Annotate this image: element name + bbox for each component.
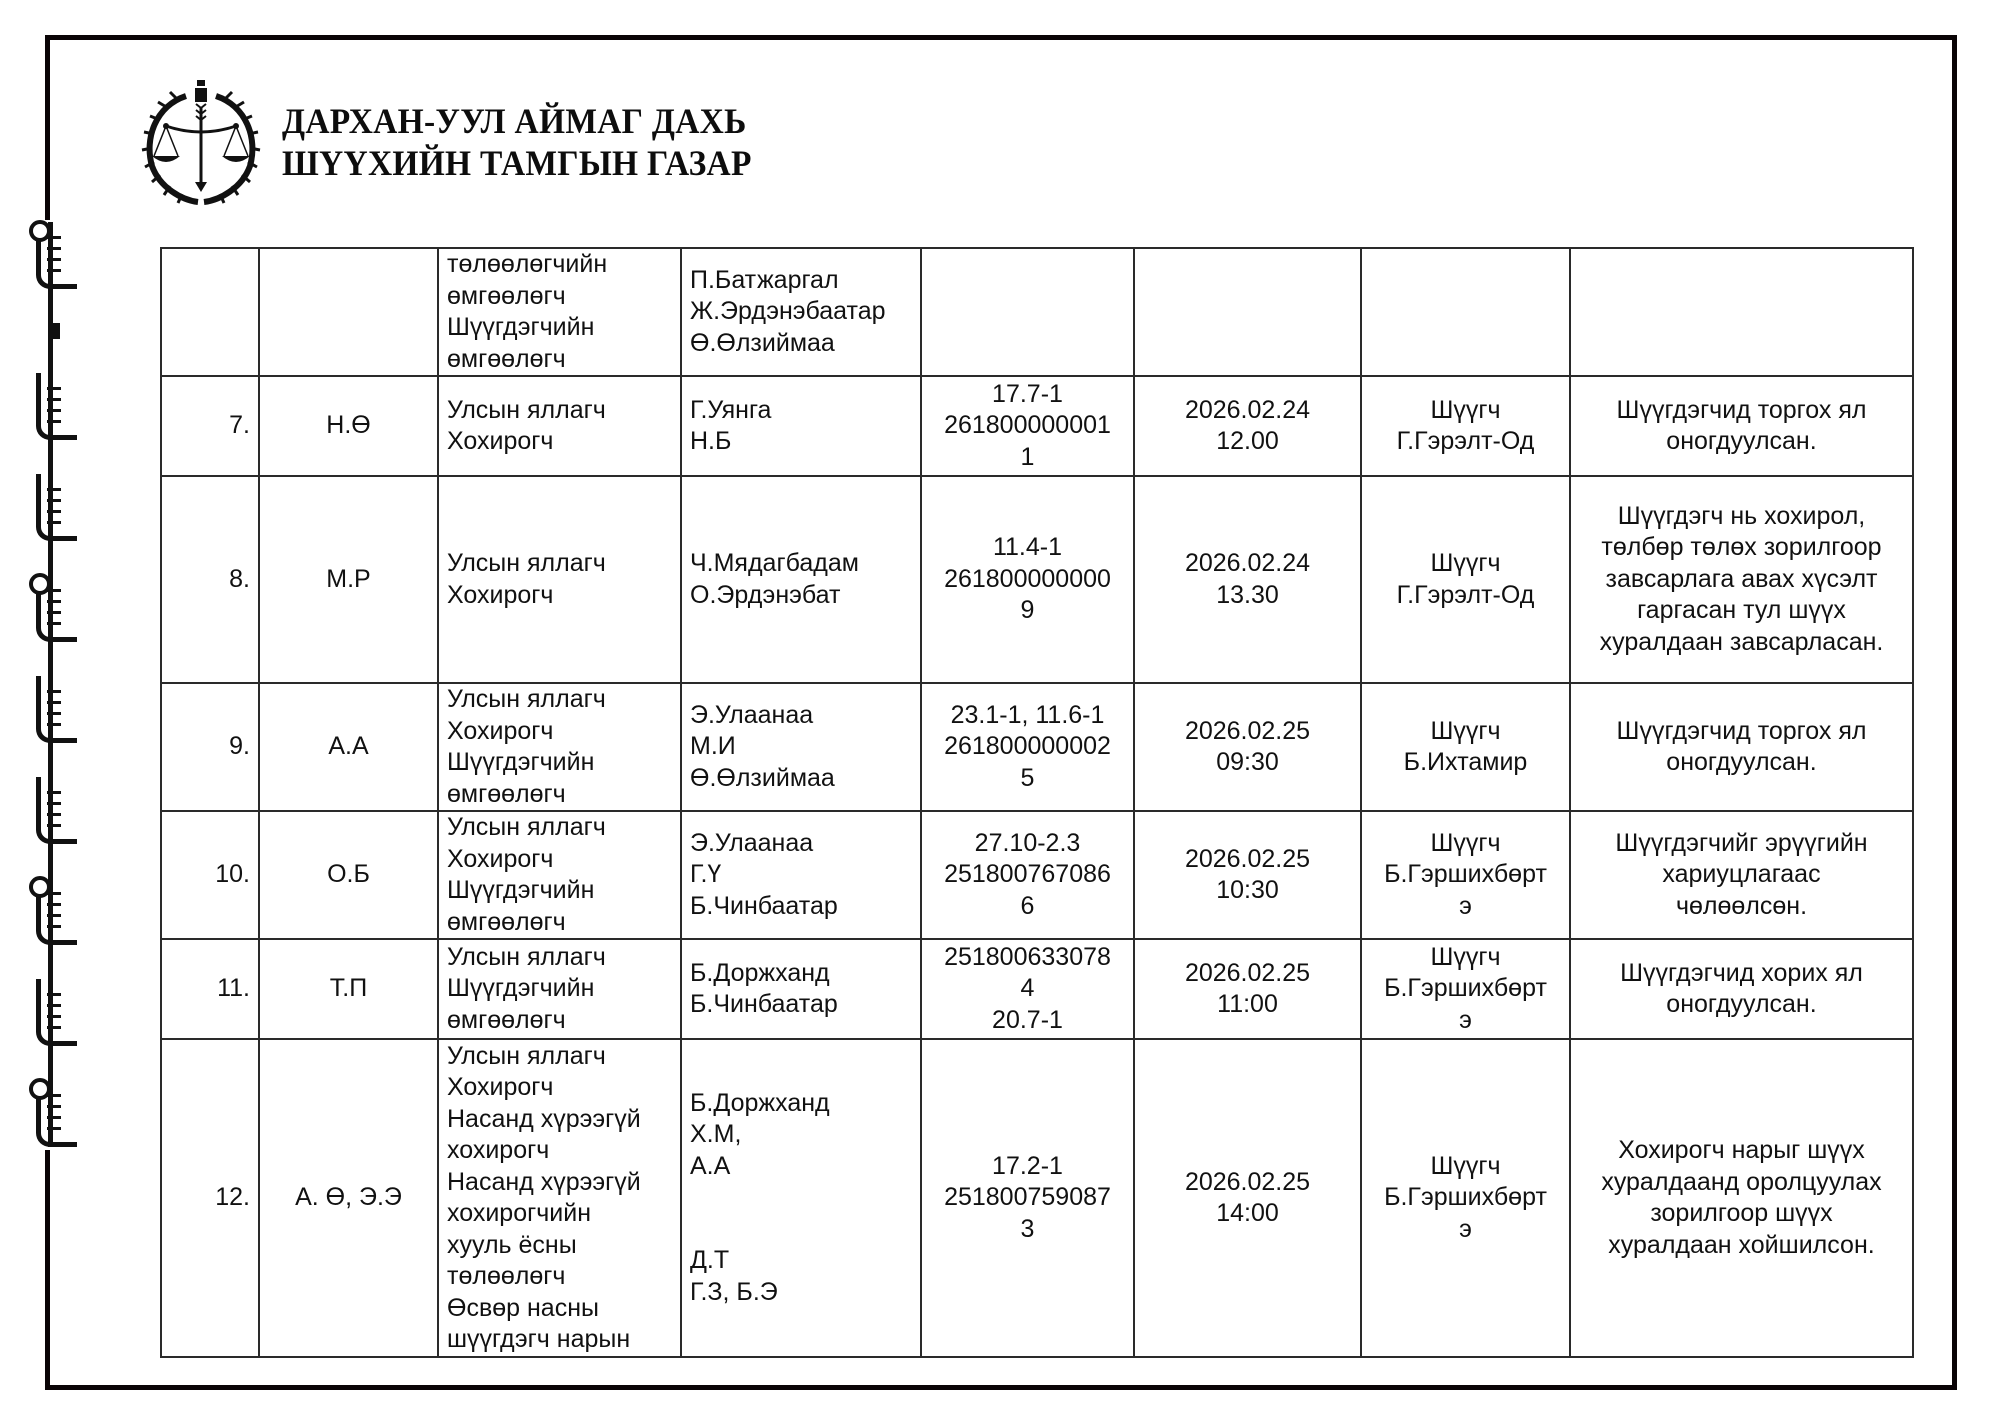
- case-article-and-number-line: 3: [930, 1214, 1125, 1246]
- participant-names-line: Н.Б: [690, 426, 912, 458]
- case-article-and-number-line: 5: [930, 763, 1125, 795]
- accused-initials-cell: М.Р: [259, 476, 438, 683]
- case-article-and-number-line: 17.2-1: [930, 1151, 1125, 1183]
- presiding-judge-cell: [1361, 248, 1570, 376]
- hearing-datetime-cell: 2026.02.2510:30: [1134, 811, 1361, 939]
- hearing-datetime-line: 11:00: [1143, 989, 1352, 1021]
- table-row: төлөөлөгчийнөмгөөлөгчШүүгдэгчийнөмгөөлөг…: [161, 248, 1913, 376]
- case-article-and-number-line: 4: [930, 973, 1125, 1005]
- hearing-result-cell: Шүүгдэгчид торгох ялоногдуулсан.: [1570, 683, 1913, 811]
- row-number: 10.: [215, 860, 250, 888]
- row-number: 7.: [229, 411, 250, 439]
- participant-names-line: [690, 1182, 912, 1214]
- participant-names-cell: Э.УлаанааГ.ҮБ.Чинбаатар: [681, 811, 921, 939]
- participant-names-cell: Б.ДоржхандБ.Чинбаатар: [681, 939, 921, 1039]
- presiding-judge-cell: ШүүгчБ.Гэршихбөртэ: [1361, 1039, 1570, 1357]
- participant-roles-line: Хохирогч: [447, 580, 672, 612]
- row-number: 12.: [215, 1183, 250, 1211]
- table-row: 11.Т.ПУлсын яллагчШүүгдэгчийнөмгөөлөгчБ.…: [161, 939, 1913, 1039]
- case-article-and-number-cell: 17.7-12618000000011: [921, 376, 1134, 476]
- presiding-judge-line: Шүүгч: [1370, 828, 1561, 860]
- row-number-cell: 9.: [161, 683, 259, 811]
- participant-names-line: Ө.Өлзиймаа: [690, 328, 912, 360]
- participant-roles-line: хууль ёсны: [447, 1230, 672, 1262]
- presiding-judge-line: э: [1370, 1005, 1561, 1037]
- hearing-result-cell: [1570, 248, 1913, 376]
- hearing-result-line: оногдуулсан.: [1579, 747, 1904, 779]
- table-row: 9.А.АУлсын яллагчХохирогчШүүгдэгчийнөмгө…: [161, 683, 1913, 811]
- case-article-and-number-cell: 251800633078420.7-1: [921, 939, 1134, 1039]
- presiding-judge-line: Г.Гэрэлт-Од: [1370, 426, 1561, 458]
- row-number: 11.: [217, 974, 250, 1002]
- participant-names-cell: П.БатжаргалЖ.ЭрдэнэбаатарӨ.Өлзиймаа: [681, 248, 921, 376]
- hearing-result-line: оногдуулсан.: [1579, 989, 1904, 1021]
- participant-roles-cell: Улсын яллагчХохирогч: [438, 376, 681, 476]
- case-article-and-number-cell: 17.2-12518007590873: [921, 1039, 1134, 1357]
- participant-names-line: Б.Чинбаатар: [690, 891, 912, 923]
- accused-initials: Т.П: [330, 974, 367, 1002]
- participant-names-line: Б.Чинбаатар: [690, 989, 912, 1021]
- row-number-cell: 7.: [161, 376, 259, 476]
- hearing-datetime-line: 2026.02.25: [1143, 1167, 1352, 1199]
- participant-names-cell: Б.ДоржхандХ.М,А.АД.ТГ.З, Б.Э: [681, 1039, 921, 1357]
- hearing-datetime-line: 14:00: [1143, 1198, 1352, 1230]
- case-article-and-number-cell: 23.1-1, 11.6-12618000000025: [921, 683, 1134, 811]
- presiding-judge-line: Б.Гэршихбөрт: [1370, 1182, 1561, 1214]
- case-article-and-number-line: 251800633078: [930, 942, 1125, 974]
- case-article-and-number-line: 23.1-1, 11.6-1: [930, 700, 1125, 732]
- participant-names-line: Э.Улаанаа: [690, 700, 912, 732]
- presiding-judge-cell: ШүүгчБ.Ихтамир: [1361, 683, 1570, 811]
- script-glyph-icon: [36, 878, 77, 945]
- participant-roles-cell: Улсын яллагчХохирогчНасанд хүрээгүйхохир…: [438, 1039, 681, 1357]
- participant-roles-line: Насанд хүрээгүй: [447, 1104, 672, 1136]
- script-glyph-icon: [36, 575, 77, 642]
- script-glyph-icon: [36, 676, 77, 743]
- participant-roles-line: Хохирогч: [447, 1072, 672, 1104]
- hearing-result-line: төлбөр төлөх зорилгоор: [1579, 532, 1904, 564]
- participant-roles-line: өмгөөлөгч: [447, 779, 672, 811]
- case-article-and-number-line: 261800000002: [930, 731, 1125, 763]
- hearing-datetime-line: 2026.02.24: [1143, 395, 1352, 427]
- participant-roles-line: хохирогчийн: [447, 1198, 672, 1230]
- hearing-datetime-cell: 2026.02.2413.30: [1134, 476, 1361, 683]
- case-article-and-number-line: 261800000000: [930, 564, 1125, 596]
- participant-roles-line: Шүүгдэгчийн: [447, 875, 672, 907]
- participant-roles-line: Өсвөр насны: [447, 1293, 672, 1325]
- presiding-judge-line: Б.Ихтамир: [1370, 747, 1561, 779]
- case-article-and-number-line: 1: [930, 442, 1125, 474]
- hearing-datetime-cell: 2026.02.2514:00: [1134, 1039, 1361, 1357]
- participant-roles-line: Хохирогч: [447, 844, 672, 876]
- participant-roles-line: Улсын яллагч: [447, 548, 672, 580]
- accused-initials-cell: Т.П: [259, 939, 438, 1039]
- participant-names-line: Б.Доржханд: [690, 958, 912, 990]
- participant-roles-line: төлөөлөгчийн: [447, 249, 672, 281]
- hearing-datetime-cell: 2026.02.2509:30: [1134, 683, 1361, 811]
- presiding-judge-line: э: [1370, 1214, 1561, 1246]
- hearing-datetime-cell: 2026.02.2511:00: [1134, 939, 1361, 1039]
- accused-initials: Н.Ө: [326, 411, 370, 439]
- participant-roles-line: Улсын яллагч: [447, 395, 672, 427]
- participant-roles-line: Улсын яллагч: [447, 1041, 672, 1073]
- case-article-and-number-line: 9: [930, 595, 1125, 627]
- hearing-result-line: зорилгоор шүүх: [1579, 1198, 1904, 1230]
- hearing-result-line: хуралдаанд оролцуулах: [1579, 1167, 1904, 1199]
- participant-roles-line: Улсын яллагч: [447, 812, 672, 844]
- participant-names-line: П.Батжаргал: [690, 265, 912, 297]
- script-glyph-icon: [36, 222, 77, 289]
- participant-names-line: А.А: [690, 1151, 912, 1183]
- participant-names-line: Д.Т: [690, 1245, 912, 1277]
- script-glyph-icon: [36, 474, 77, 541]
- hearing-result-cell: Шүүгдэгчид хорих ялоногдуулсан.: [1570, 939, 1913, 1039]
- presiding-judge-line: Шүүгч: [1370, 395, 1561, 427]
- accused-initials-cell: А. Ө, Э.Э: [259, 1039, 438, 1357]
- accused-initials-cell: [259, 248, 438, 376]
- accused-initials: М.Р: [326, 565, 370, 593]
- hearing-result-line: хуралдаан хойшилсон.: [1579, 1230, 1904, 1262]
- row-number: 8.: [229, 565, 250, 593]
- participant-names-cell: Э.УлаанааМ.ИӨ.Өлзиймаа: [681, 683, 921, 811]
- row-number: 9.: [229, 732, 250, 760]
- hearing-result-line: гаргасан тул шүүх: [1579, 595, 1904, 627]
- participant-roles-cell: Улсын яллагчХохирогч: [438, 476, 681, 683]
- case-article-and-number-line: 27.10-2.3: [930, 828, 1125, 860]
- row-number-cell: 8.: [161, 476, 259, 683]
- case-article-and-number-cell: [921, 248, 1134, 376]
- participant-roles-line: өмгөөлөгч: [447, 281, 672, 313]
- presiding-judge-line: Шүүгч: [1370, 942, 1561, 974]
- participant-roles-line: өмгөөлөгч: [447, 344, 672, 376]
- hearing-result-line: хариуцлагаас: [1579, 859, 1904, 891]
- script-glyph-icon: [36, 373, 77, 440]
- presiding-judge-cell: ШүүгчБ.Гэршихбөртэ: [1361, 939, 1570, 1039]
- participant-roles-line: хохирогч: [447, 1135, 672, 1167]
- table-row: 8.М.РУлсын яллагчХохирогчЧ.МядагбадамО.Э…: [161, 476, 1913, 683]
- hearing-result-line: Шүүгдэгчид торгох ял: [1579, 716, 1904, 748]
- participant-roles-line: Хохирогч: [447, 716, 672, 748]
- hearing-datetime-cell: 2026.02.2412.00: [1134, 376, 1361, 476]
- presiding-judge-line: э: [1370, 891, 1561, 923]
- script-glyph-icon: [36, 777, 77, 844]
- presiding-judge-line: Б.Гэршихбөрт: [1370, 973, 1561, 1005]
- participant-names-line: Э.Улаанаа: [690, 828, 912, 860]
- hearing-result-line: завсарлага авах хүсэлт: [1579, 564, 1904, 596]
- hearing-datetime-line: 2026.02.25: [1143, 716, 1352, 748]
- court-office-title: ДАРХАН-УУЛ АЙМАГ ДАХЬ ШҮҮХИЙН ТАМГЫН ГАЗ…: [282, 100, 787, 184]
- accused-initials: О.Б: [327, 860, 370, 888]
- row-number-cell: 12.: [161, 1039, 259, 1357]
- title-line-2: ШҮҮХИЙН ТАМГЫН ГАЗАР: [282, 142, 752, 184]
- case-article-and-number-line: 17.7-1: [930, 379, 1125, 411]
- row-number-cell: 11.: [161, 939, 259, 1039]
- row-number-cell: 10.: [161, 811, 259, 939]
- case-article-and-number-line: 251800767086: [930, 859, 1125, 891]
- scales-of-justice-emblem-icon: [138, 78, 264, 208]
- case-article-and-number-line: 251800759087: [930, 1182, 1125, 1214]
- hearing-result-line: оногдуулсан.: [1579, 426, 1904, 458]
- participant-roles-line: Шүүгдэгчийн: [447, 973, 672, 1005]
- vertical-mongolian-script: [22, 222, 82, 1147]
- participant-names-cell: Ч.МядагбадамО.Эрдэнэбат: [681, 476, 921, 683]
- hearing-result-line: Шүүгдэгчид торгох ял: [1579, 395, 1904, 427]
- presiding-judge-line: Б.Гэршихбөрт: [1370, 859, 1561, 891]
- participant-roles-line: өмгөөлөгч: [447, 1005, 672, 1037]
- participant-names-line: М.И: [690, 731, 912, 763]
- accused-initials-cell: Н.Ө: [259, 376, 438, 476]
- participant-roles-cell: Улсын яллагчХохирогчШүүгдэгчийнөмгөөлөгч: [438, 683, 681, 811]
- case-article-and-number-line: 11.4-1: [930, 532, 1125, 564]
- presiding-judge-line: Шүүгч: [1370, 1151, 1561, 1183]
- participant-roles-line: Хохирогч: [447, 426, 672, 458]
- table-row: 10.О.БУлсын яллагчХохирогчШүүгдэгчийнөмг…: [161, 811, 1913, 939]
- title-line-1: ДАРХАН-УУЛ АЙМАГ ДАХЬ: [282, 100, 752, 142]
- case-article-and-number-cell: 27.10-2.32518007670866: [921, 811, 1134, 939]
- accused-initials-cell: О.Б: [259, 811, 438, 939]
- hearing-result-cell: Хохирогч нарыг шүүххуралдаанд оролцуулах…: [1570, 1039, 1913, 1357]
- participant-names-line: Ө.Өлзиймаа: [690, 763, 912, 795]
- accused-initials: А.А: [328, 732, 368, 760]
- presiding-judge-cell: ШүүгчБ.Гэршихбөртэ: [1361, 811, 1570, 939]
- participant-roles-line: Улсын яллагч: [447, 684, 672, 716]
- accused-initials: А. Ө, Э.Э: [295, 1183, 402, 1211]
- court-hearing-schedule-table: төлөөлөгчийнөмгөөлөгчШүүгдэгчийнөмгөөлөг…: [160, 247, 1914, 1358]
- hearing-result-cell: Шүүгдэгч нь хохирол,төлбөр төлөх зорилго…: [1570, 476, 1913, 683]
- participant-roles-cell: Улсын яллагчШүүгдэгчийнөмгөөлөгч: [438, 939, 681, 1039]
- hearing-result-line: чөлөөлсөн.: [1579, 891, 1904, 923]
- row-number-cell: [161, 248, 259, 376]
- presiding-judge-line: Г.Гэрэлт-Од: [1370, 580, 1561, 612]
- hearing-datetime-line: 10:30: [1143, 875, 1352, 907]
- case-article-and-number-line: 6: [930, 891, 1125, 923]
- script-glyph-icon: [36, 1080, 77, 1147]
- participant-roles-line: Улсын яллагч: [447, 942, 672, 974]
- participant-roles-cell: төлөөлөгчийнөмгөөлөгчШүүгдэгчийнөмгөөлөг…: [438, 248, 681, 376]
- participant-roles-line: өмгөөлөгч: [447, 907, 672, 939]
- script-dash: [52, 323, 60, 339]
- participant-roles-cell: Улсын яллагчХохирогчШүүгдэгчийнөмгөөлөгч: [438, 811, 681, 939]
- presiding-judge-line: Шүүгч: [1370, 716, 1561, 748]
- participant-roles-line: Шүүгдэгчийн: [447, 312, 672, 344]
- participant-roles-line: Насанд хүрээгүй: [447, 1167, 672, 1199]
- hearing-result-line: хуралдаан завсарласан.: [1579, 627, 1904, 659]
- participant-roles-line: шүүгдэгч нарын: [447, 1324, 672, 1356]
- participant-names-line: Ч.Мядагбадам: [690, 548, 912, 580]
- presiding-judge-line: Шүүгч: [1370, 548, 1561, 580]
- case-article-and-number-cell: 11.4-12618000000009: [921, 476, 1134, 683]
- hearing-datetime-line: 13.30: [1143, 580, 1352, 612]
- case-article-and-number-line: 261800000001: [930, 410, 1125, 442]
- participant-names-line: Г.Ү: [690, 859, 912, 891]
- hearing-result-cell: Шүүгдэгчийг эрүүгийнхариуцлагаасчөлөөлсө…: [1570, 811, 1913, 939]
- hearing-result-cell: Шүүгдэгчид торгох ялоногдуулсан.: [1570, 376, 1913, 476]
- hearing-result-line: Хохирогч нарыг шүүх: [1579, 1135, 1904, 1167]
- participant-roles-line: Шүүгдэгчийн: [447, 747, 672, 779]
- hearing-result-line: Шүүгдэгчийг эрүүгийн: [1579, 828, 1904, 860]
- presiding-judge-cell: ШүүгчГ.Гэрэлт-Од: [1361, 476, 1570, 683]
- table-row: 7.Н.ӨУлсын яллагчХохирогчГ.УянгаН.Б17.7-…: [161, 376, 1913, 476]
- table-row: 12.А. Ө, Э.ЭУлсын яллагчХохирогчНасанд х…: [161, 1039, 1913, 1357]
- hearing-datetime-line: 2026.02.25: [1143, 958, 1352, 990]
- participant-names-line: [690, 1214, 912, 1246]
- presiding-judge-cell: ШүүгчГ.Гэрэлт-Од: [1361, 376, 1570, 476]
- participant-names-line: Ж.Эрдэнэбаатар: [690, 296, 912, 328]
- participant-names-cell: Г.УянгаН.Б: [681, 376, 921, 476]
- participant-names-line: О.Эрдэнэбат: [690, 580, 912, 612]
- hearing-datetime-line: 09:30: [1143, 747, 1352, 779]
- hearing-datetime-cell: [1134, 248, 1361, 376]
- script-glyph-icon: [36, 979, 77, 1046]
- case-article-and-number-line: 20.7-1: [930, 1005, 1125, 1037]
- hearing-datetime-line: 2026.02.25: [1143, 844, 1352, 876]
- participant-names-line: Г.Уянга: [690, 395, 912, 427]
- participant-names-line: Б.Доржханд: [690, 1088, 912, 1120]
- hearing-datetime-line: 2026.02.24: [1143, 548, 1352, 580]
- participant-names-line: Х.М,: [690, 1119, 912, 1151]
- hearing-result-line: Шүүгдэгчид хорих ял: [1579, 958, 1904, 990]
- hearing-result-line: Шүүгдэгч нь хохирол,: [1579, 501, 1904, 533]
- hearing-datetime-line: 12.00: [1143, 426, 1352, 458]
- accused-initials-cell: А.А: [259, 683, 438, 811]
- participant-roles-line: төлөөлөгч: [447, 1261, 672, 1293]
- participant-names-line: Г.З, Б.Э: [690, 1277, 912, 1309]
